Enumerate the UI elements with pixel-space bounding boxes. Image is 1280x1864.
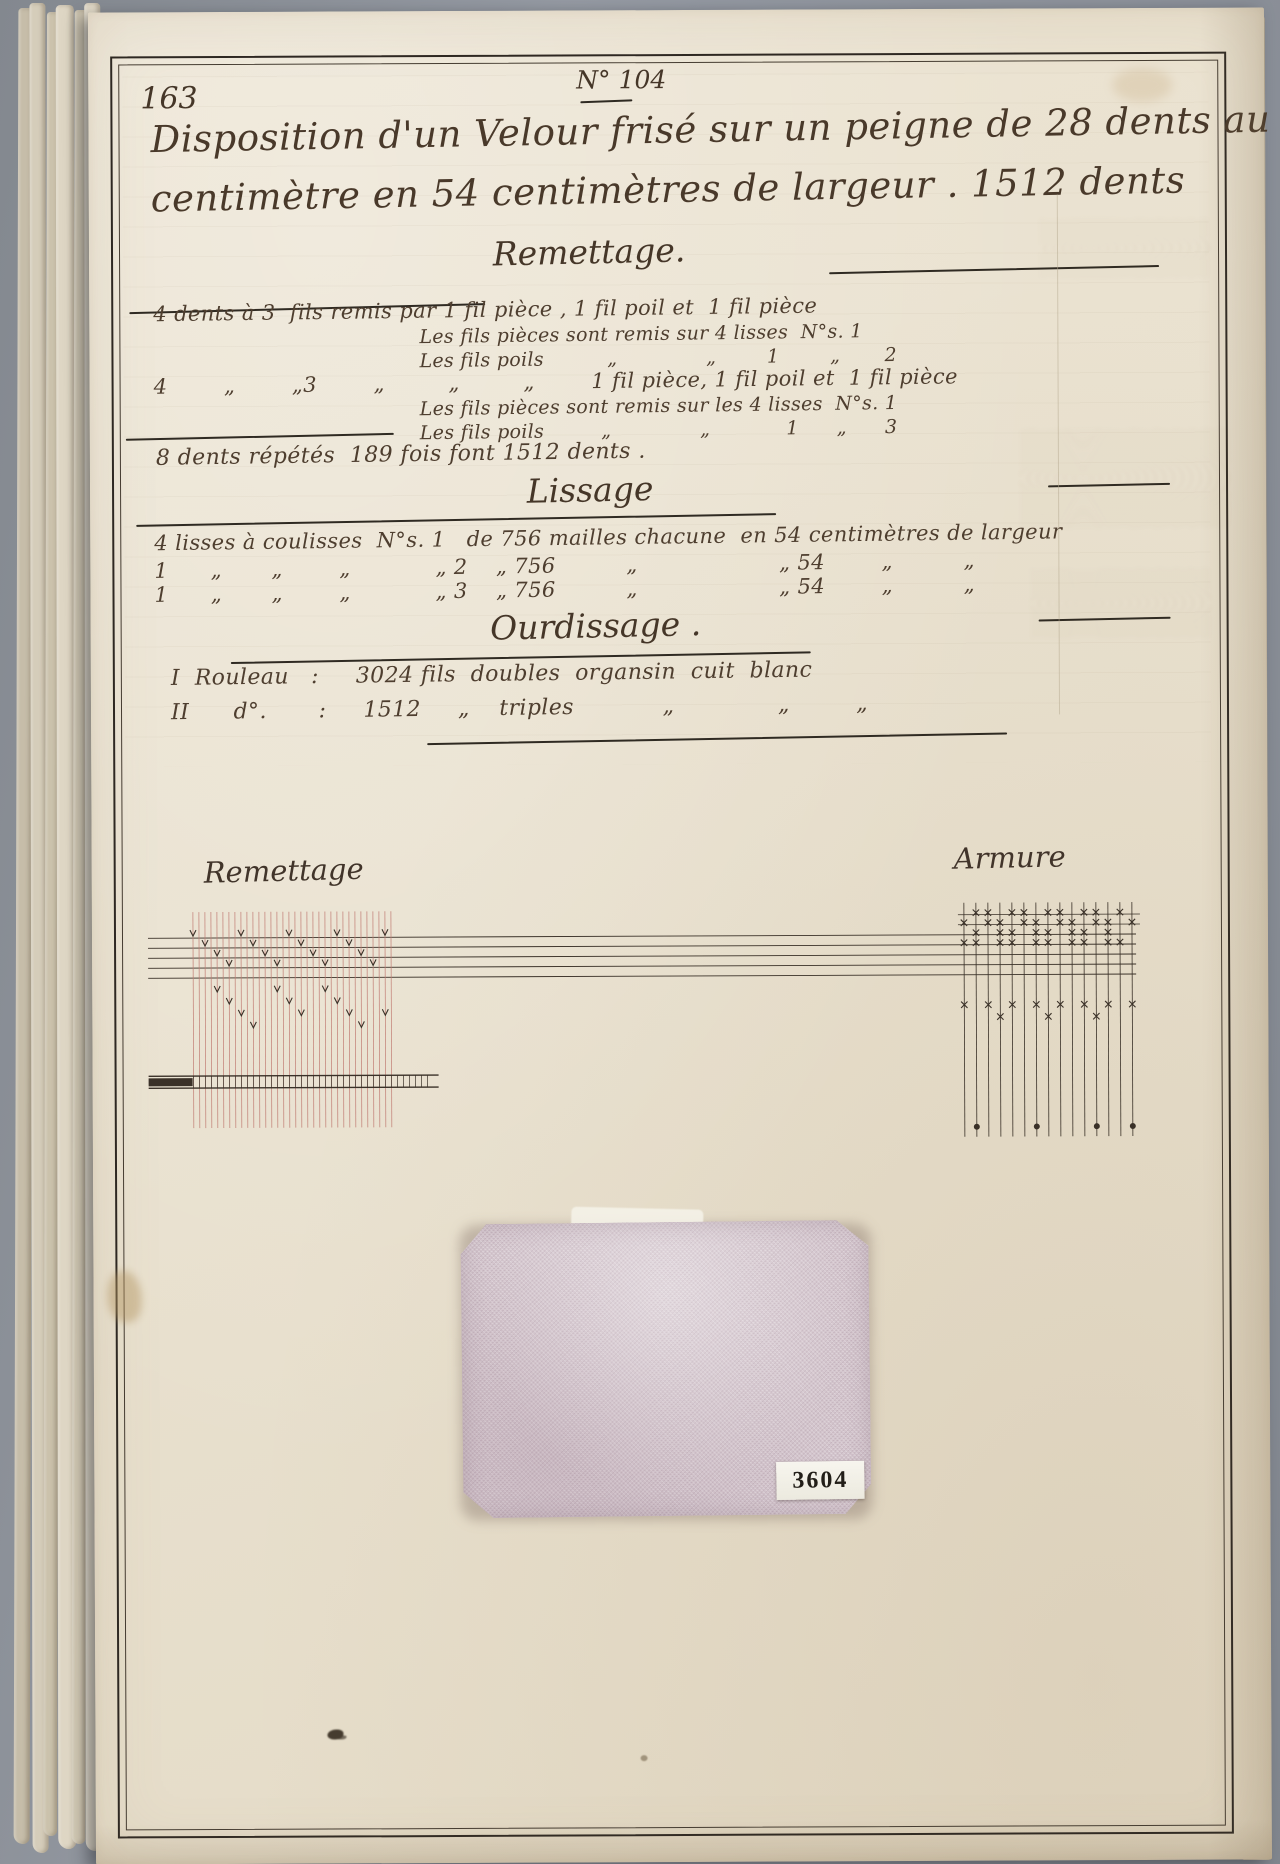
weave-draft-diagram <box>132 898 1143 1152</box>
age-stain <box>107 1270 141 1322</box>
ink-bleedthrough <box>1039 218 1209 279</box>
swatch-number-ticket: 3604 <box>776 1461 865 1500</box>
ink-bleedthrough <box>1020 428 1230 529</box>
ink-bleedthrough <box>1030 568 1210 639</box>
photo-of-ledger-page: { "page": { "folio_number": "163", "doc_… <box>0 0 1280 1864</box>
document-number: N° 104 <box>576 66 666 94</box>
ink-smudge <box>327 1729 343 1739</box>
ledger-page: 163 N° 104 Disposition d'un Velour frisé… <box>88 7 1272 1864</box>
speck <box>641 1755 648 1761</box>
diagram-label-remettage: Remettage <box>203 854 364 890</box>
page-edge-shading <box>96 1819 1272 1864</box>
diagram-label-armure: Armure <box>953 841 1066 875</box>
page-edge-shading <box>1200 7 1272 1859</box>
foxing-spot <box>1112 68 1172 102</box>
folio-number: 163 <box>140 82 197 115</box>
